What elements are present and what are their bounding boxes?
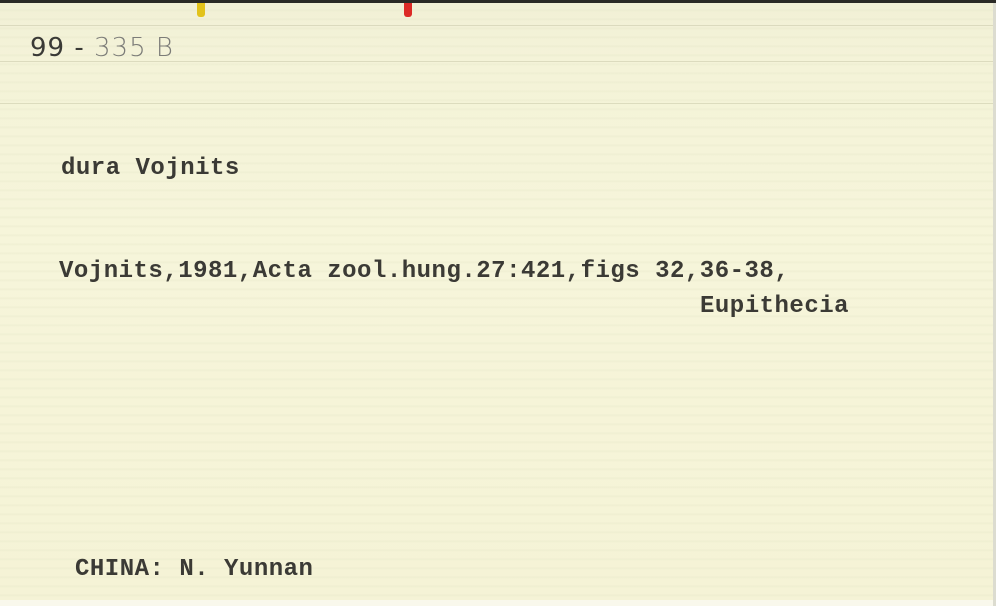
yellow-tab-marker (197, 3, 205, 17)
index-card: 99 - 335 B dura Vojnits Vojnits,1981,Act… (0, 3, 996, 606)
card-rule (0, 25, 996, 26)
catalog-prefix: 99 - (30, 33, 85, 63)
locality: CHINA: N. Yunnan (75, 556, 313, 583)
genus-name: Eupithecia (700, 293, 849, 320)
card-rule (0, 103, 996, 104)
species-name: dura Vojnits (61, 155, 240, 182)
catalog-pencil-number: 335 B (94, 33, 174, 63)
red-tab-marker (404, 3, 412, 17)
catalog-number: 99 - 335 B (30, 33, 174, 63)
literature-reference: Vojnits,1981,Acta zool.hung.27:421,figs … (59, 258, 789, 285)
